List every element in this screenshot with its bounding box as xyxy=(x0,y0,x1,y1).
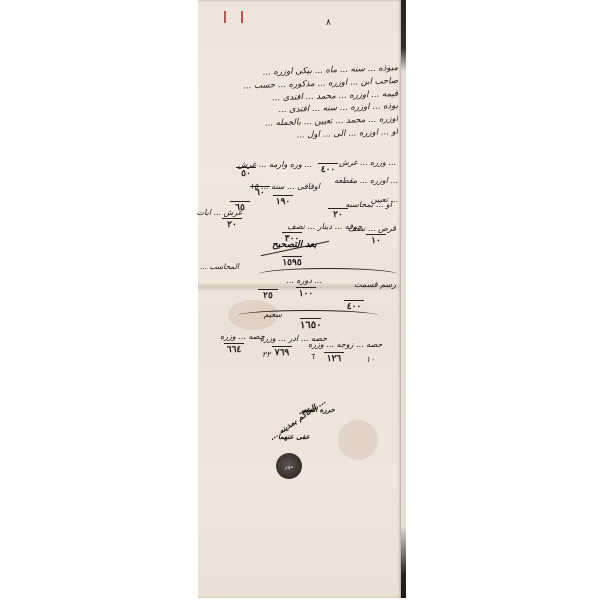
section-total: ١٦٥٠ xyxy=(300,318,321,331)
entry-text: او ... بمحاسبه xyxy=(345,200,392,209)
manuscript-sheet: ٨ مبوذه ... سنه ... ماه ... بيكى اوزره .… xyxy=(198,0,402,598)
red-mark xyxy=(241,11,243,23)
entry-text: ... وره وارمه ... غرش xyxy=(238,160,312,169)
total-label: سعيم xyxy=(264,310,282,319)
subtotal-signature: بعد التصحيح xyxy=(272,240,317,250)
seal-inscription: مهر xyxy=(284,463,293,470)
entry-text: ... اوزره ... مقطعه xyxy=(334,176,398,185)
body-paragraph: مبوذه ... سنه ... ماه ... بيكى اوزره ...… xyxy=(202,62,398,139)
share-amount: ٧٦٩ xyxy=(272,346,292,358)
red-mark xyxy=(224,11,226,23)
entry-text: ... وزره ... غرش xyxy=(339,158,396,167)
margin-note: المحاسب ... xyxy=(200,262,239,271)
entry-text: اوقافى ... سنه ... ١٥ xyxy=(250,182,320,191)
share-label: حصه ... زوجه ... وزره xyxy=(308,340,382,349)
entry-amount: ١٩٠ xyxy=(273,195,293,207)
closing-line: عفى عنهما xyxy=(278,432,310,441)
entry-amount: ٢٠ xyxy=(328,208,348,220)
seal-stamp: مهر xyxy=(276,453,302,479)
share-amount: ١٢٦ xyxy=(324,352,344,364)
share-amount: ٦٦٤ xyxy=(224,343,244,355)
entry-amount: ٤٠٠ xyxy=(318,163,338,175)
section-amount: ١٠٠ xyxy=(296,287,316,299)
paper-stain xyxy=(338,420,378,460)
subtotal-amount: ١٥٩٥ xyxy=(282,256,302,268)
section-item: ... دوره ... xyxy=(286,276,322,285)
share-extra: ٦ xyxy=(310,352,314,361)
share-extra: ٢٢ xyxy=(262,350,271,359)
section-amount: ٢٥ xyxy=(258,289,278,301)
page-mark: ٨ xyxy=(326,18,331,28)
entry-text: غرش ... ابات xyxy=(197,208,243,217)
entry-amount: ١٠ xyxy=(366,234,386,246)
share-amount: ١٠ xyxy=(366,355,375,364)
entry-text: قرص ... نصف xyxy=(348,224,396,233)
share-label: حصه ... وزره xyxy=(220,332,265,341)
red-ink-marks xyxy=(224,8,253,27)
section-item: رسم قسمت xyxy=(354,280,396,289)
entry-amount: ٢٠ xyxy=(222,218,242,230)
